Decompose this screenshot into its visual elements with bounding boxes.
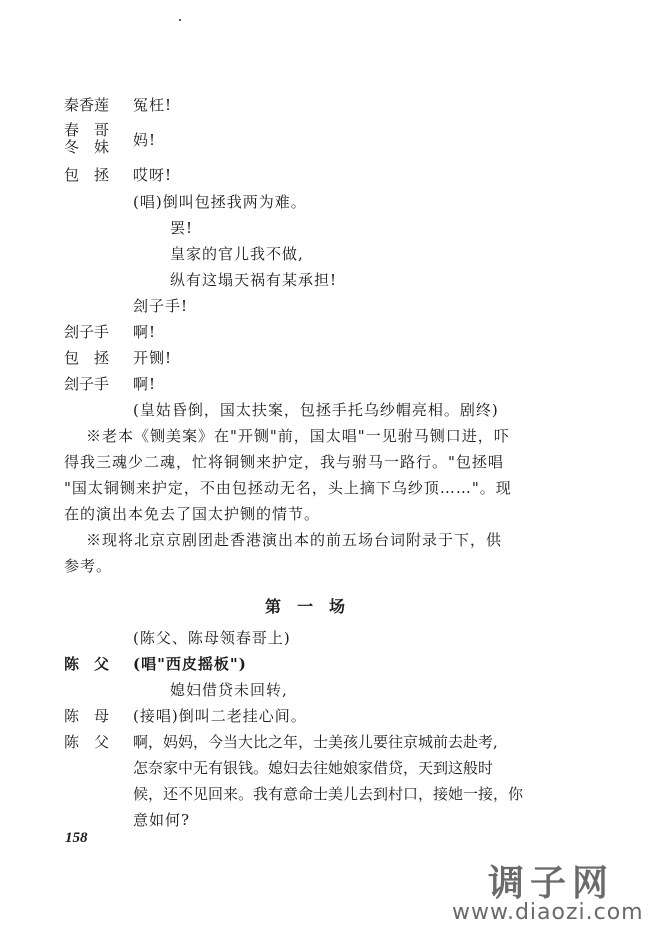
note-line: "国太铜铡来护定，不由包拯动无名，头上摘下乌纱顶……"。现 — [64, 478, 512, 498]
dialogue-line: 开铡! — [133, 348, 172, 368]
dialogue-line: 意如何? — [133, 810, 190, 830]
dialogue-line: (接唱)倒叫二老挂心间。 — [133, 706, 307, 726]
sung-line: (唱)倒叫包拯我两为难。 — [133, 192, 307, 212]
sung-line: 皇家的官儿我不做, — [170, 244, 304, 264]
speaker-chen-father: 陈 父 — [64, 654, 109, 674]
dialogue-line: 啊! — [133, 374, 156, 394]
stage-direction: (陈父、陈母领春哥上) — [133, 628, 291, 648]
note-line: 在的演出本免去了国太护铡的情节。 — [64, 504, 320, 524]
speaker-chen-father: 陈 父 — [64, 732, 109, 752]
scene-title: 第一场 — [265, 594, 361, 617]
dialogue-line: 啊，妈妈，今当大比之年，士美孩儿要往京城前去赴考, — [133, 732, 498, 752]
scene-title-char: 第 — [265, 597, 297, 616]
dialogue-line: 妈! — [133, 130, 156, 150]
speaker-bao-zheng: 包 拯 — [64, 165, 109, 185]
sung-line: 纵有这塌天祸有某承担! — [170, 270, 337, 290]
sung-line: 罢! — [170, 218, 193, 238]
note-line: 得我三魂少二魂，忙将铜铡来护定，我与驸马一路行。"包拯唱 — [64, 452, 504, 472]
sung-line: 媳妇借贷未回转, — [170, 680, 288, 700]
watermark-url: www.diaozi.com — [452, 900, 644, 925]
note-line: 参考。 — [64, 556, 112, 576]
dialogue-line: 啊! — [133, 322, 156, 342]
watermark-logo: 调子网 — [488, 855, 614, 906]
dialogue-line: 哎呀! — [133, 165, 172, 185]
dialogue-line: 冤枉! — [133, 95, 172, 115]
speaker-executioner: 刽子手 — [64, 374, 109, 394]
speaker-qin-xianglian: 秦香莲 — [64, 95, 109, 115]
speaker-executioner: 刽子手 — [64, 322, 109, 342]
dialogue-line: 刽子手! — [133, 296, 188, 316]
speaker-bao-zheng: 包 拯 — [64, 348, 109, 368]
stage-direction: (皇姑昏倒，国太扶案，包拯手托乌纱帽亮相。剧终) — [133, 400, 499, 420]
note-line: ※老本《铡美案》在"开铡"前，国太唱"一见驸马铡口进，吓 — [86, 426, 510, 446]
scan-speck — [179, 19, 181, 21]
dialogue-line: 怎奈家中无有银钱。媳妇去往她娘家借贷，天到这般时 — [133, 758, 493, 778]
sung-cue: (唱"西皮摇板") — [133, 654, 247, 674]
scene-title-char: 场 — [329, 597, 361, 616]
page-number: 158 — [65, 830, 88, 847]
scene-title-char: 一 — [297, 597, 329, 616]
note-line: ※现将北京京剧团赴香港演出本的前五场台词附录于下，供 — [86, 530, 502, 550]
book-page: 秦香莲 冤枉! 春 哥 冬 妹 妈! 包 拯 哎呀! (唱)倒叫包拯我两为难。 … — [0, 0, 655, 928]
speaker-dongmei: 冬 妹 — [64, 139, 109, 156]
speaker-chunge-dongmei: 春 哥 冬 妹 — [64, 122, 109, 156]
speaker-chen-mother: 陈 母 — [64, 706, 109, 726]
speaker-chunge: 春 哥 — [64, 122, 109, 139]
dialogue-line: 候，还不见回来。我有意命士美儿去到村口，接她一接，你 — [133, 784, 523, 804]
